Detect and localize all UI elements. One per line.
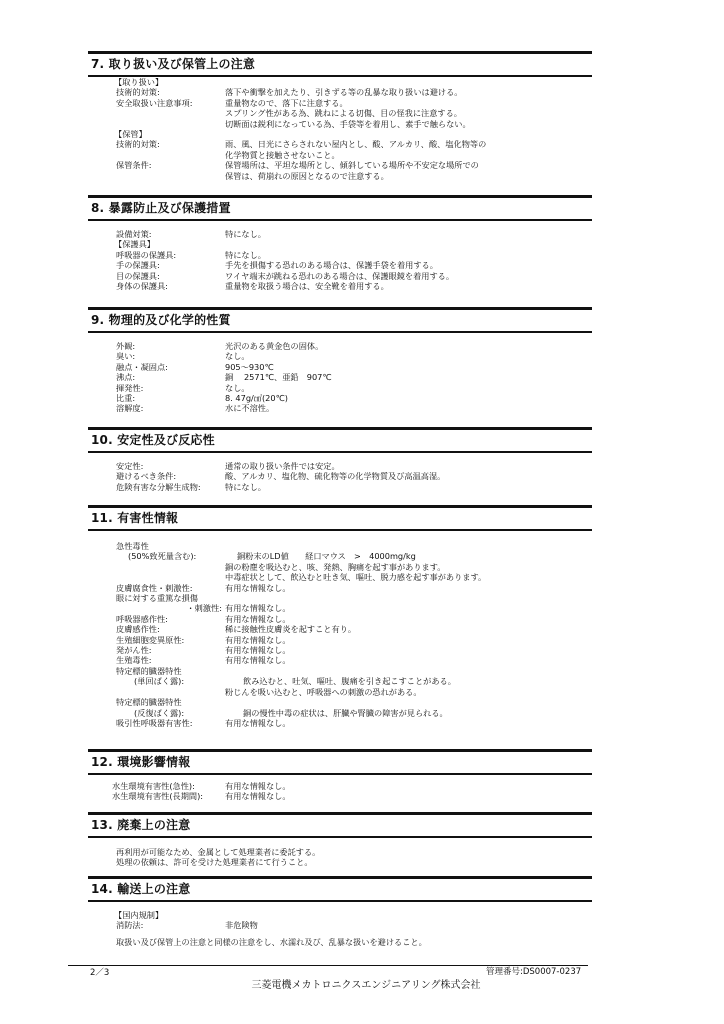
field-value: 有用な情報なし。 [225,614,592,624]
section-title: 11. 有害性情報 [88,505,592,531]
field-value: 8. 47g/㎤(20℃) [225,393,592,403]
field-label [88,150,225,160]
section-7-handling-storage: 7. 取り扱い及び保管上の注意 【取り扱い】 技術的対策:落下や衝撃を加えたり、… [88,51,592,181]
section-12-ecology: 12. 環境影響情報 水生環境有害性(急性):有用な情報なし。 水生環境有害性(… [88,749,592,802]
field-value: 有用な情報なし。 [225,603,592,613]
field-value: 有用な情報なし。 [225,781,592,791]
field-label: 生殖細胞変異原性: [88,635,225,645]
field-label: 融点・凝固点: [88,362,225,372]
field-value: なし。 [225,383,592,393]
subheader-ppe: 【保護具】 [88,239,155,249]
section-title: 10. 安定性及び反応性 [88,427,592,453]
field-value: 有用な情報なし。 [225,791,592,801]
field-value: 通常の取り扱い条件では安定。 [225,461,592,471]
section-title: 14. 輸送上の注意 [88,876,592,902]
field-value: 保管場所は、平坦な場所とし、傾斜している場所や不安定な場所での [225,160,592,170]
field-value: 有用な情報なし。 [225,635,592,645]
field-value: 非危険物 [225,920,592,930]
field-label: 臭い: [88,351,225,361]
section-10-stability-reactivity: 10. 安定性及び反応性 安定性:通常の取り扱い条件では安定。 避けるべき条件:… [88,427,592,492]
field-label: 揮発性: [88,383,225,393]
section-9-physical-chemical: 9. 物理的及び化学的性質 外観:光沢のある黄金色の固体。 臭い:なし。 融点・… [88,307,592,414]
section-13-disposal: 13. 廃棄上の注意 再利用が可能なため、金属として処理業者に委託する。 処理の… [88,812,592,868]
transport-note: 取扱い及び保管上の注意と同様の注意をし、水濡れ及び、乱暴な扱いを避けること。 [88,937,592,947]
field-value: なし。 [225,351,592,361]
field-label [88,171,225,181]
field-label: 危険有害な分解生成物: [88,482,225,492]
field-header-stot-single: 特定標的臓器特性 [88,666,225,676]
section-title: 12. 環境影響情報 [88,749,592,775]
field-value: 水に不溶性。 [225,403,592,413]
field-value: 稀に接触性皮膚炎を起すこと有り。 [225,624,592,634]
field-label: 身体の保護具: [88,281,225,291]
field-value: 手先を損傷する恐れのある場合は、保護手袋を着用する。 [225,260,592,270]
field-value: 特になし。 [225,482,592,492]
field-value: ワイヤ端末が跳ねる恐れのある場合は、保護眼鏡を着用する。 [225,271,592,281]
section-11-toxicology: 11. 有害性情報 急性毒性 (50%致死量含む):銅粉末のLD値 経口マウス … [88,505,592,728]
field-header-eye-damage: 眼に対する重篤な損傷 [88,593,225,603]
field-value: 銅の慢性中毒の症状は、肝臓や腎臓の障害が見られる。 [243,708,592,718]
section-title: 7. 取り扱い及び保管上の注意 [88,51,592,77]
field-label: 吸引性呼吸器有害性: [88,718,225,728]
field-value: 有用な情報なし。 [225,718,592,728]
field-value: 905～930℃ [225,362,592,372]
field-value: 粉じんを吸い込むと、呼吸器への刺激の恐れがある。 [225,687,592,697]
field-header-stot-repeat: 特定標的臓器特性 [88,697,225,707]
field-value: 中毒症状として、飲込むと吐き気、嘔吐、脱力感を起す事があります。 [225,572,592,582]
field-value: 銅の粉塵を吸込むと、咳、発熱、胸痛を起す事があります。 [225,562,592,572]
field-value: 酸、アルカリ、塩化物、硫化物等の化学物質及び高温高湿。 [225,471,592,481]
field-label: 設備対策: [88,229,225,239]
disposal-line: 処理の依頼は、許可を受けた処理業者にて行うこと。 [88,857,592,867]
disposal-line: 再利用が可能なため、金属として処理業者に委託する。 [88,847,592,857]
company-name: 三菱電機メカトロニクスエンジニアリング株式会社 [0,976,724,991]
field-label: 呼吸器の保護具: [88,250,225,260]
field-label: 技術的対策: [88,87,225,97]
field-label: 安全取扱い注意事項: [88,98,225,108]
field-label: (単回ばく露): [88,676,243,686]
field-value: 重量物なので、落下に注意する。 [225,98,592,108]
subheader-storage: 【保管】 [88,129,147,139]
field-label: 安定性: [88,461,225,471]
section-title: 8. 暴露防止及び保護措置 [88,195,592,221]
field-label: 比重: [88,393,225,403]
section-title: 13. 廃棄上の注意 [88,812,592,838]
field-value: 保管は、荷崩れの原因となるので注意する。 [225,171,592,181]
field-label [88,108,225,118]
field-value: 有用な情報なし。 [225,583,592,593]
field-value: スプリング性がある為、跳ねによる切傷、目の怪我に注意する。 [225,108,592,118]
field-label: ・刺激性: [88,603,225,613]
field-label: 発がん性: [88,645,225,655]
field-label: 手の保護具: [88,260,225,270]
field-label: 皮膚感作性: [88,624,225,634]
field-value: 雨、風、日光にさらされない屋内とし、酸、アルカリ、酸、塩化物等の [225,139,592,149]
field-label: 消防法: [88,920,225,930]
field-value: 重量物を取扱う場合は、安全靴を着用する。 [225,281,592,291]
field-label: 避けるべき条件: [88,471,225,481]
section-8-exposure-protection: 8. 暴露防止及び保護措置 設備対策:特になし。 【保護具】 呼吸器の保護具:特… [88,195,592,291]
field-label: 溶解度: [88,403,225,413]
field-label: 皮膚腐食性・刺激性: [88,583,225,593]
section-title: 9. 物理的及び化学的性質 [88,307,592,333]
field-value: 特になし。 [225,229,592,239]
field-label: 生殖毒性: [88,655,225,665]
field-label: 呼吸器感作性: [88,614,225,624]
field-label [88,119,225,129]
field-value: 有用な情報なし。 [225,655,592,665]
field-label: 水生環境有害性(急性): [88,781,225,791]
field-value: 特になし。 [225,250,592,260]
field-value: 切断面は鋭利になっている為、手袋等を着用し、素手で触らない。 [225,119,592,129]
field-value: 銅粉末のLD値 経口マウス > 4000mg/kg [237,551,592,561]
field-value: 飲み込むと、吐気、嘔吐、腹痛を引き起こすことがある。 [243,676,592,686]
field-label: 技術的対策: [88,139,225,149]
sds-page: 7. 取り扱い及び保管上の注意 【取り扱い】 技術的対策:落下や衝撃を加えたり、… [0,0,724,1024]
subheader-domestic-regulation: 【国内規制】 [88,910,163,920]
field-value: 有用な情報なし。 [225,645,592,655]
field-label: 水生環境有害性(長期間): [88,791,225,801]
field-label: 目の保護具: [88,271,225,281]
field-value: 落下や衝撃を加えたり、引きずる等の乱暴な取り扱いは避ける。 [225,87,592,97]
field-value: 化学物質と接触させないこと。 [225,150,592,160]
field-label: 保管条件: [88,160,225,170]
field-label: (50%致死量含む): [88,551,237,561]
field-value: 銅 2571℃、亜鉛 907℃ [225,372,592,382]
section-14-transport: 14. 輸送上の注意 【国内規制】 消防法:非危険物 取扱い及び保管上の注意と同… [88,876,592,947]
field-label: 沸点: [88,372,225,382]
field-label: 外観: [88,341,225,351]
field-value: 光沢のある黄金色の固体。 [225,341,592,351]
field-header-acute-toxicity: 急性毒性 [88,541,225,551]
subheader-handling: 【取り扱い】 [88,77,163,87]
field-label: (反復ばく露): [88,708,243,718]
